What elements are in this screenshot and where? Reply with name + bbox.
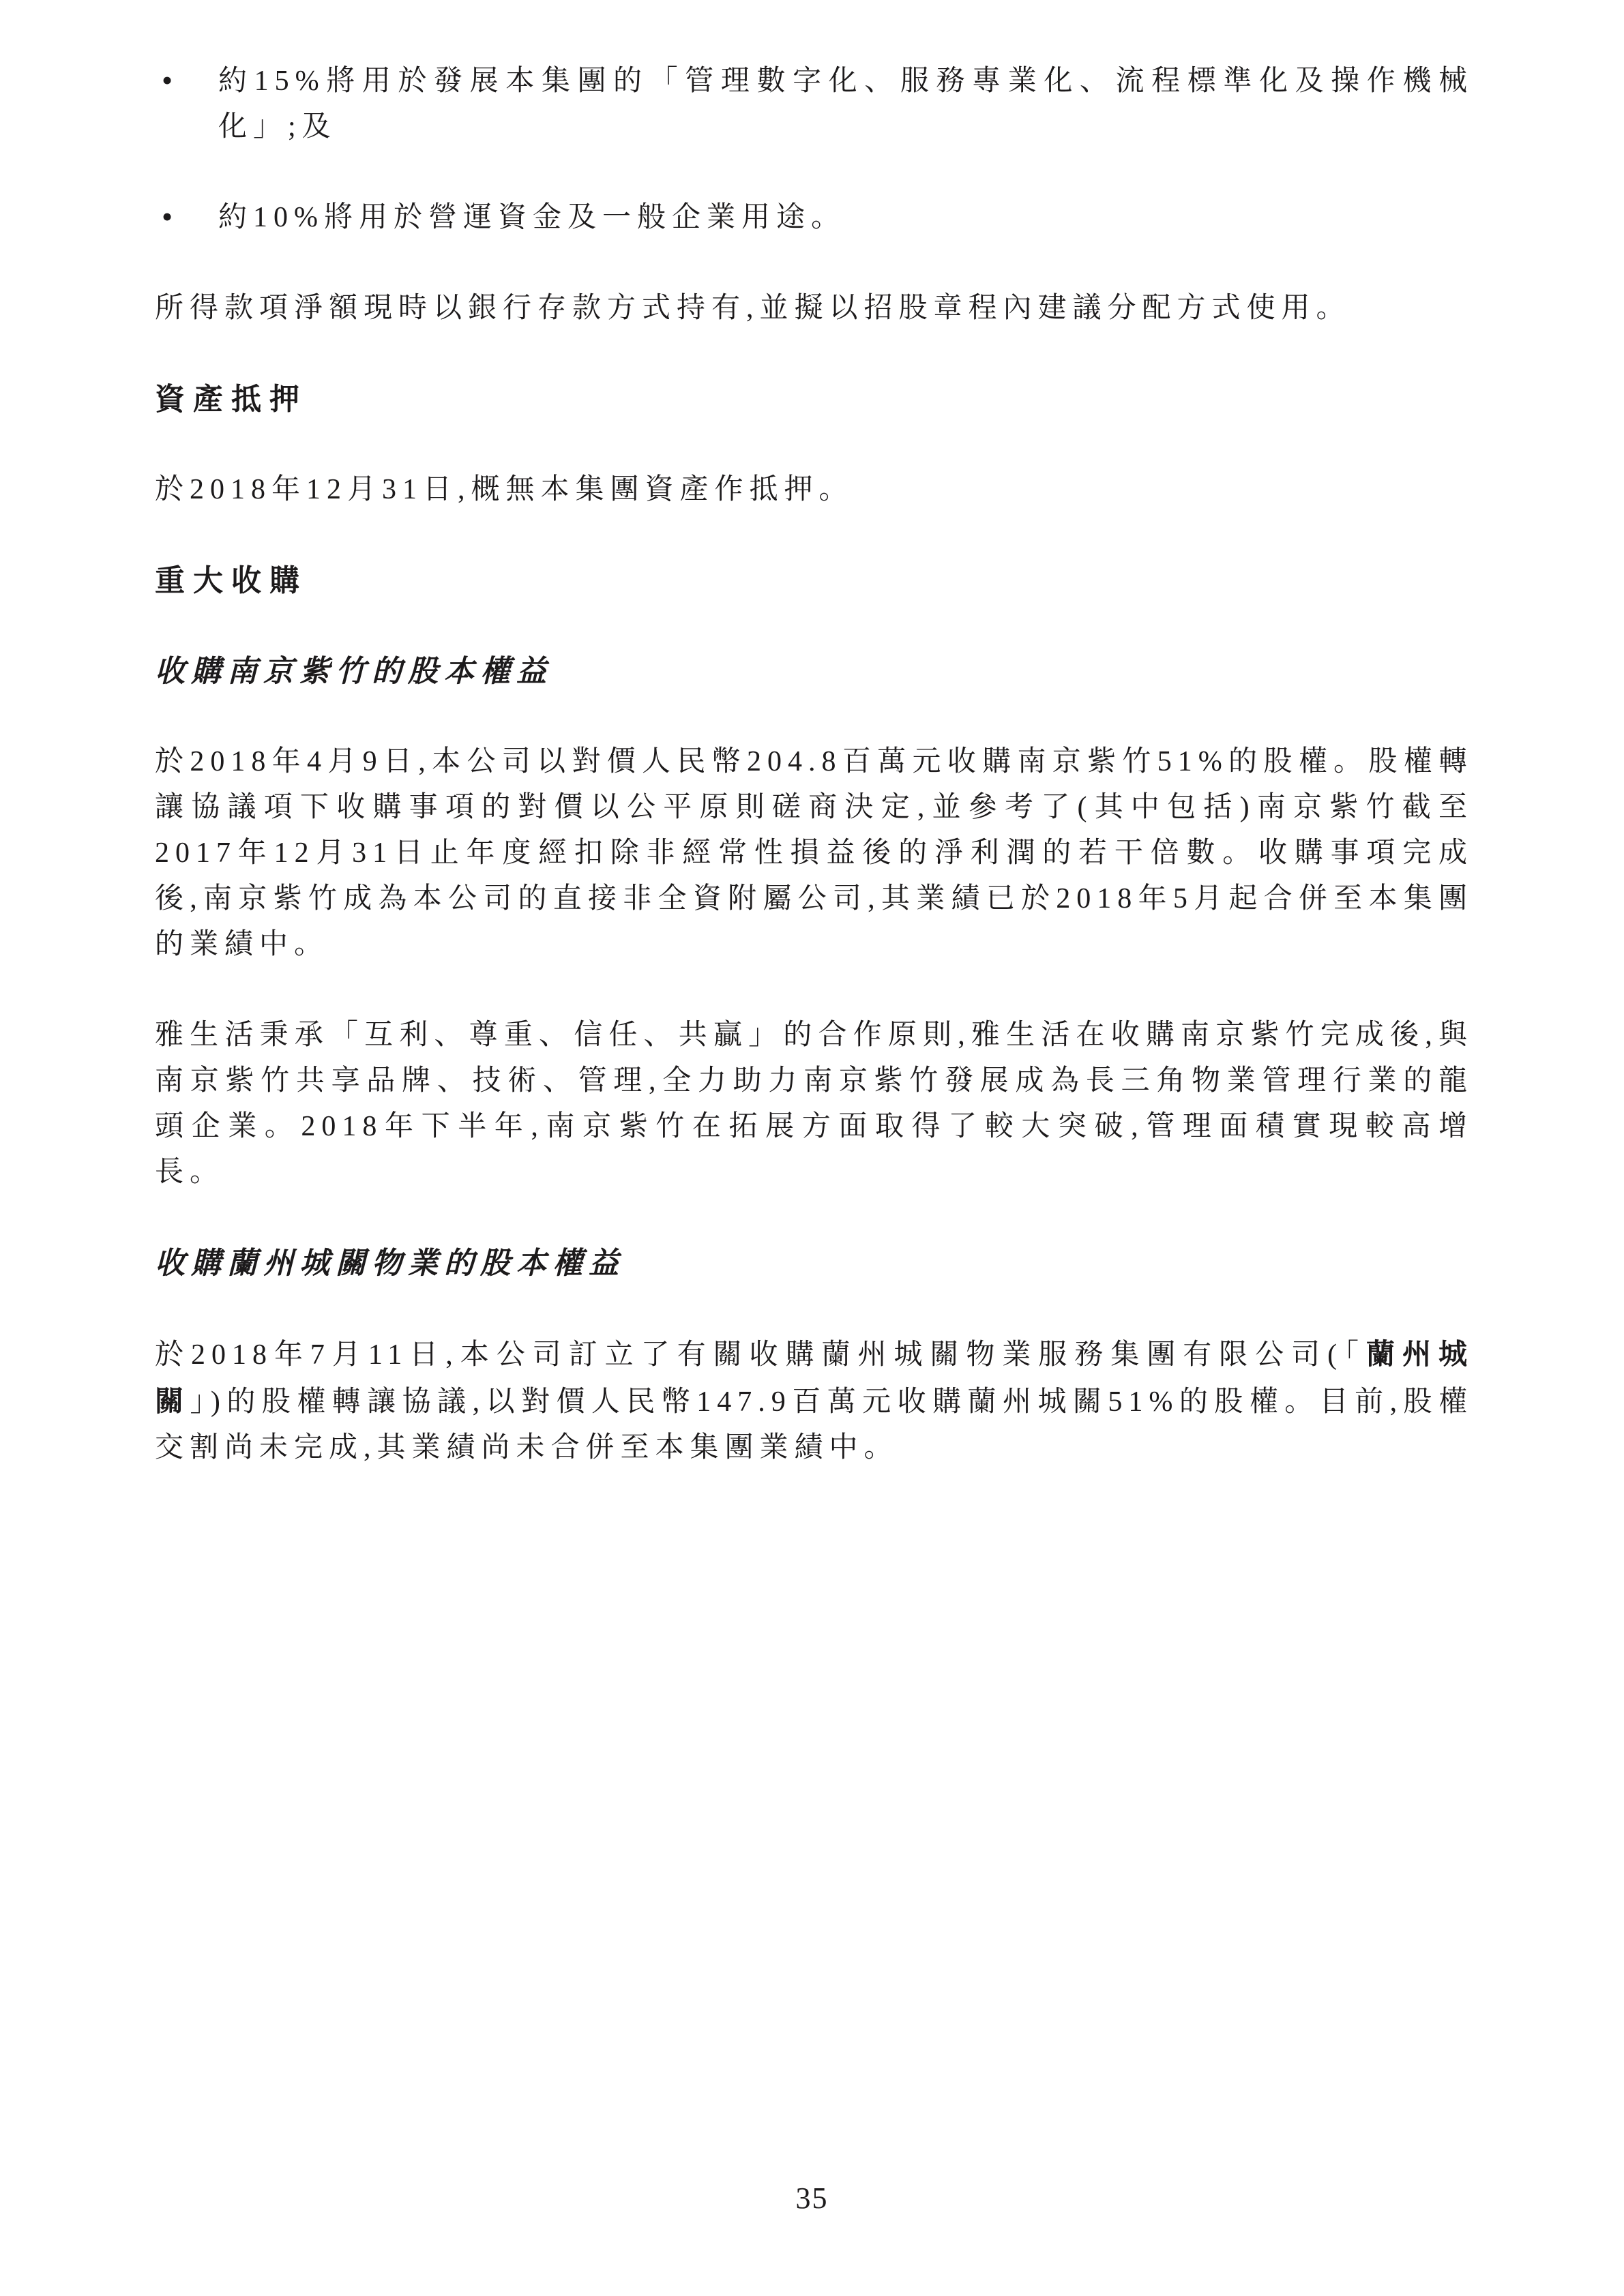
paragraph-segment-before: 於2018年7月11日,本公司訂立了有關收購蘭州城關物業服務集團有限公司(「 xyxy=(155,1339,1366,1371)
use-of-proceeds-bullet-list: • 約15%將用於發展本集團的「管理數字化、服務專業化、流程標準化及操作機械化」… xyxy=(155,59,1473,241)
bullet-dot-icon: • xyxy=(162,57,173,103)
subsection-heading-nanjing-zizhu: 收購南京紫竹的股本權益 xyxy=(155,648,1473,694)
paragraph-asset-pledge: 於2018年12月31日,概無本集團資產作抵押。 xyxy=(155,467,1473,513)
section-heading-major-acquisitions: 重大收購 xyxy=(155,558,1473,603)
bullet-item-develop-group: • 約15%將用於發展本集團的「管理數字化、服務專業化、流程標準化及操作機械化」… xyxy=(155,59,1473,150)
bullet-dot-icon: • xyxy=(162,194,173,239)
paragraph-proceeds-held: 所得款項淨額現時以銀行存款方式持有,並擬以招股章程內建議分配方式使用。 xyxy=(155,286,1473,331)
paragraph-segment-after: 」)的股權轉讓協議,以對價人民幣147.9百萬元收購蘭州城關51%的股權。目前,… xyxy=(155,1386,1473,1463)
paragraph-nanjing-zizhu-2: 雅生活秉承「互利、尊重、信任、共贏」的合作原則,雅生活在收購南京紫竹完成後,與南… xyxy=(155,1013,1473,1195)
bullet-text: 約15%將用於發展本集團的「管理數字化、服務專業化、流程標準化及操作機械化」;及 xyxy=(218,65,1473,143)
paragraph-nanjing-zizhu-1: 於2018年4月9日,本公司以對價人民幣204.8百萬元收購南京紫竹51%的股權… xyxy=(155,739,1473,968)
section-heading-asset-pledge: 資產抵押 xyxy=(155,376,1473,422)
bullet-text: 約10%將用於營運資金及一般企業用途。 xyxy=(218,202,846,233)
paragraph-lanzhou-chengguan: 於2018年7月11日,本公司訂立了有關收購蘭州城關物業服務集團有限公司(「蘭州… xyxy=(155,1331,1473,1471)
bullet-item-working-capital: • 約10%將用於營運資金及一般企業用途。 xyxy=(155,195,1473,241)
document-page: • 約15%將用於發展本集團的「管理數字化、服務專業化、流程標準化及操作機械化」… xyxy=(0,0,1624,2296)
page-number: 35 xyxy=(0,2181,1624,2216)
subsection-heading-lanzhou-chengguan: 收購蘭州城關物業的股本權益 xyxy=(155,1240,1473,1286)
